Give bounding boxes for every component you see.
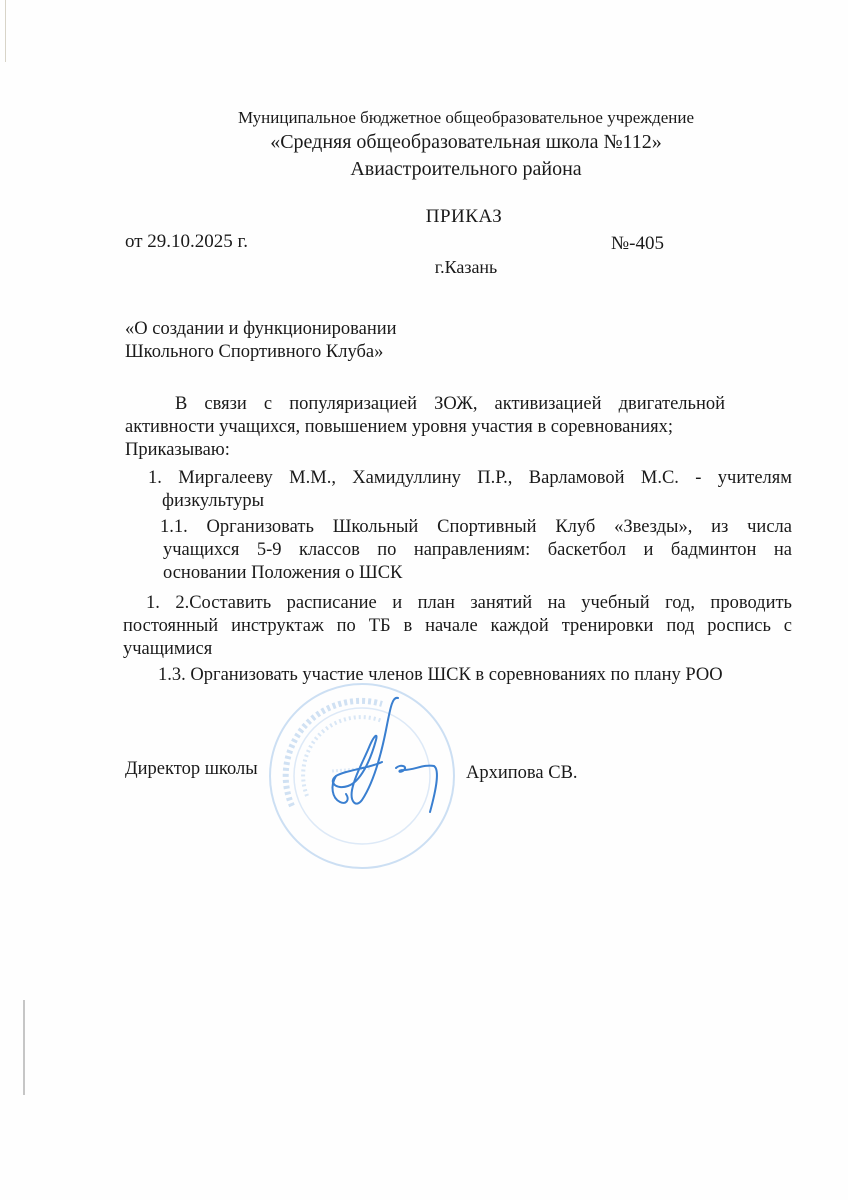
scan-mark-artifact [23, 1000, 25, 1095]
subject-line-2: Школьного Спортивного Клуба» [125, 342, 383, 363]
school-name-line: «Средняя общеобразовательная школа №112» [42, 131, 848, 154]
item-1-line-1: 1. Миргалееву М.М., Хамидуллину П.Р., Ва… [148, 467, 792, 490]
order-city: г.Казань [42, 257, 848, 278]
item-1-line-2: физкультуры [162, 490, 264, 513]
signer-position: Директор школы [125, 759, 258, 780]
item-1-2-line-1: 1. 2.Составить расписание и план занятий… [146, 592, 792, 615]
item-1-1-line-2: учащихся 5-9 классов по направлениям: ба… [163, 539, 792, 562]
signature-icon [300, 690, 450, 820]
document-page: Муниципальное бюджетное общеобразователь… [0, 0, 848, 1200]
document-title: ПРИКАЗ [40, 206, 848, 228]
item-1-1-line-3: основании Положения о ШСК [163, 562, 402, 585]
preamble-line-1: В связи с популяризацией ЗОЖ, активизаци… [125, 393, 725, 416]
order-date: от 29.10.2025 г. [125, 231, 248, 253]
scan-edge-artifact [5, 0, 6, 62]
preamble-line-2: активности учащихся, повышением уровня у… [125, 416, 673, 439]
item-1-2-line-2: постоянный инструктаж по ТБ в начале каж… [123, 615, 792, 638]
subject-line-1: «О создании и функционировании [125, 319, 397, 340]
org-name-line: Муниципальное бюджетное общеобразователь… [42, 108, 848, 128]
signer-name: Архипова СВ. [466, 763, 578, 784]
order-number: №-405 [611, 233, 664, 255]
preamble-line-1-text: В связи с популяризацией ЗОЖ, активизаци… [175, 394, 725, 414]
district-line: Авиастроительного района [42, 158, 848, 181]
item-1-2-line-3: учащимися [123, 638, 212, 661]
preamble-order-word: Приказываю: [125, 439, 230, 462]
item-1-1-line-1: 1.1. Организовать Школьный Спортивный Кл… [160, 516, 792, 539]
